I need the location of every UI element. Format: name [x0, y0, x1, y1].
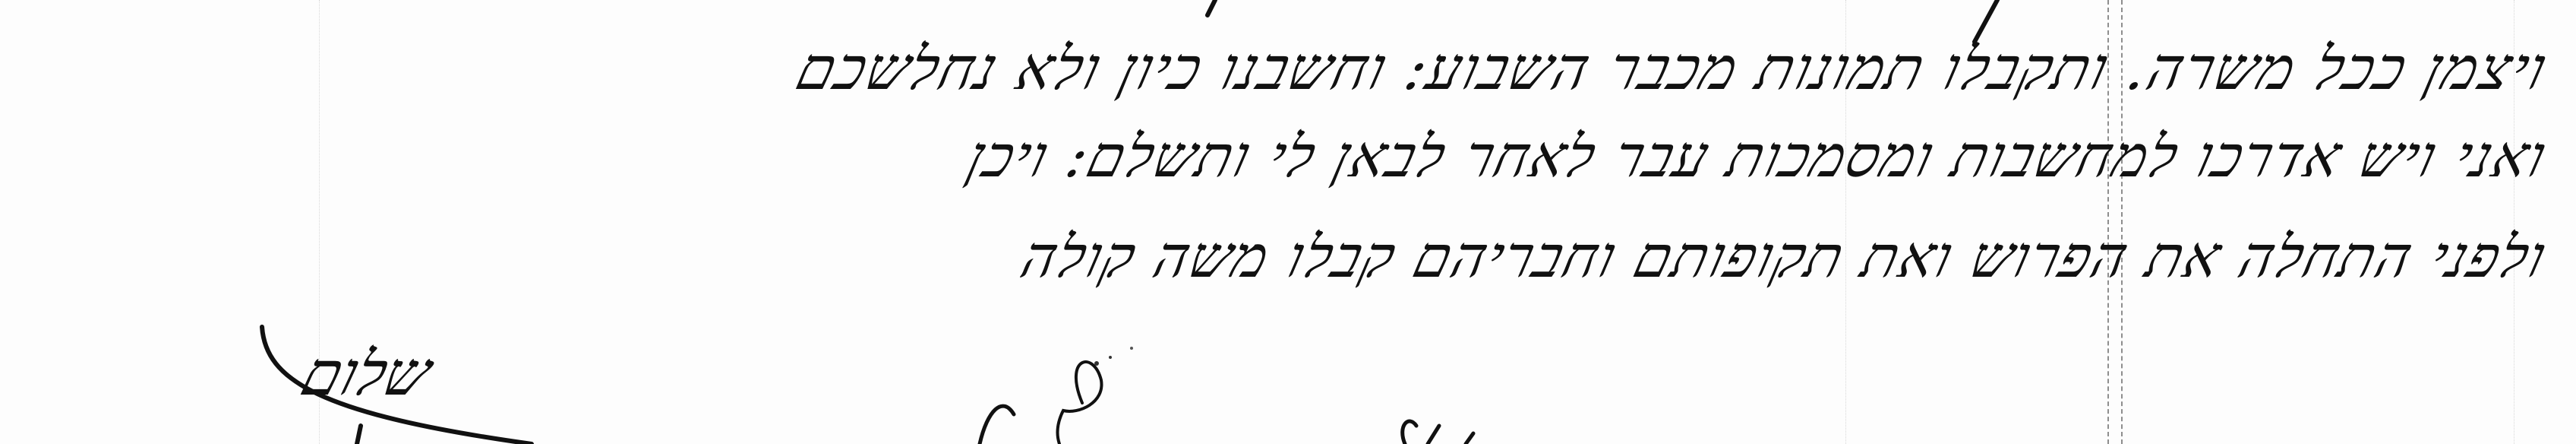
signature-stroke [357, 426, 361, 444]
ink-dot [1094, 361, 1099, 366]
signature-flourish [262, 327, 532, 444]
ascender-stroke [1207, 0, 1215, 15]
partial-signature-stroke [1403, 421, 1473, 444]
scanned-letter-page: ויצמן ככל משרה. ותקבלו תמונות מכבר השבוע… [0, 0, 2576, 444]
partial-signature-loop [1058, 362, 1102, 444]
ascender-stroke [1975, 0, 1997, 42]
partial-signature-stroke [980, 406, 1014, 444]
ink-dot [1130, 347, 1133, 350]
ink-dot [1109, 356, 1112, 359]
ink-strokes [0, 0, 2576, 444]
